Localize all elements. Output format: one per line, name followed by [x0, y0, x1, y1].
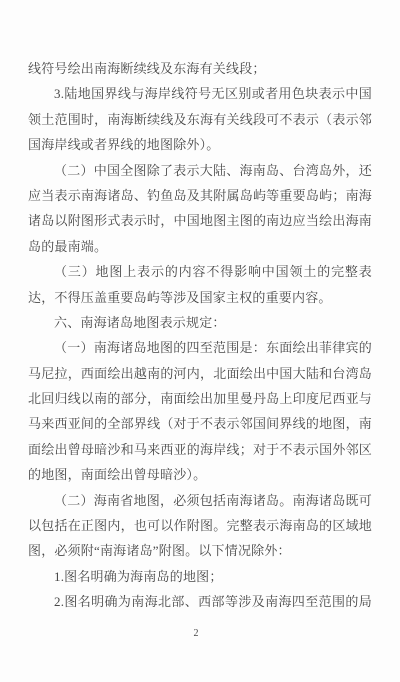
text-line: （三）地图上表示的内容不得影响中国领土的完整表: [28, 259, 372, 284]
text-line: （一）南海诸岛地图的四至范围是：东面绘出菲律宾的: [28, 335, 372, 360]
text-line: 岛的最南端。: [28, 234, 372, 259]
text-line: 国海岸线或者界线的地图除外）。: [28, 132, 372, 157]
text-line: 应当表示南海诸岛、钓鱼岛及其附属岛屿等重要岛屿；南海: [28, 183, 372, 208]
text-line: 达，不得压盖重要岛屿等涉及国家主权的重要内容。: [28, 285, 372, 310]
text-line: 马来西亚间的全部界线（对于不表示邻国间界线的地图，南: [28, 411, 372, 436]
text-line: （二）海南省地图，必须包括南海诸岛。南海诸岛既可: [28, 488, 372, 513]
text-line: 面绘出曾母暗沙和马来西亚的海岸线；对于不表示国外邻区: [28, 437, 372, 462]
text-line: 马尼拉，西面绘出越南的河内，北面绘出中国大陆和台湾岛: [28, 361, 372, 386]
text-line: 以包括在正图内，也可以作附图。完整表示海南岛的区域地: [28, 513, 372, 538]
text-line: 六、南海诸岛地图表示规定：: [28, 310, 372, 335]
text-line: 2.图名明确为南海北部、西部等涉及南海四至范围的局: [28, 589, 372, 614]
text-line: 领土范围时，南海断续线及东海有关线段可不表示（表示邻: [28, 107, 372, 132]
text-line: 北回归线以南的部分，南面绘出加里曼丹岛上印度尼西亚与: [28, 386, 372, 411]
document-page: 线符号绘出南海断续线及东海有关线段；3.陆地国界线与海岸线符号无区别或者用色块表…: [0, 0, 400, 682]
text-line: 诸岛以附图形式表示时，中国地图主图的南边应当绘出海南: [28, 208, 372, 233]
page-number: 2: [0, 628, 392, 639]
body-text: 线符号绘出南海断续线及东海有关线段；3.陆地国界线与海岸线符号无区别或者用色块表…: [28, 56, 372, 615]
text-line: 3.陆地国界线与海岸线符号无区别或者用色块表示中国: [28, 81, 372, 106]
text-line: 1.图名明确为海南岛的地图；: [28, 564, 372, 589]
text-line: （二）中国全图除了表示大陆、海南岛、台湾岛外，还: [28, 158, 372, 183]
text-line: 图，必须附“南海诸岛”附图。以下情况除外：: [28, 538, 372, 563]
text-line: 线符号绘出南海断续线及东海有关线段；: [28, 56, 372, 81]
text-line: 的地图，南面绘出曾母暗沙）。: [28, 462, 372, 487]
